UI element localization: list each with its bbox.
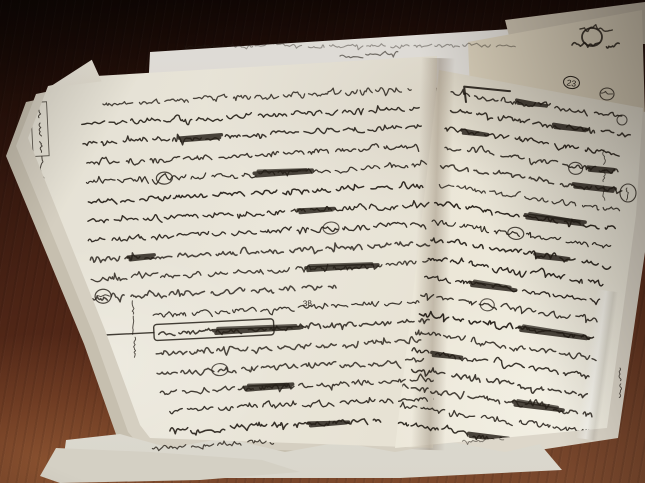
ink-layer: [0, 0, 645, 483]
manuscript-photo: 23 38: [0, 0, 645, 483]
gutter-margin-number: 38: [303, 299, 313, 309]
